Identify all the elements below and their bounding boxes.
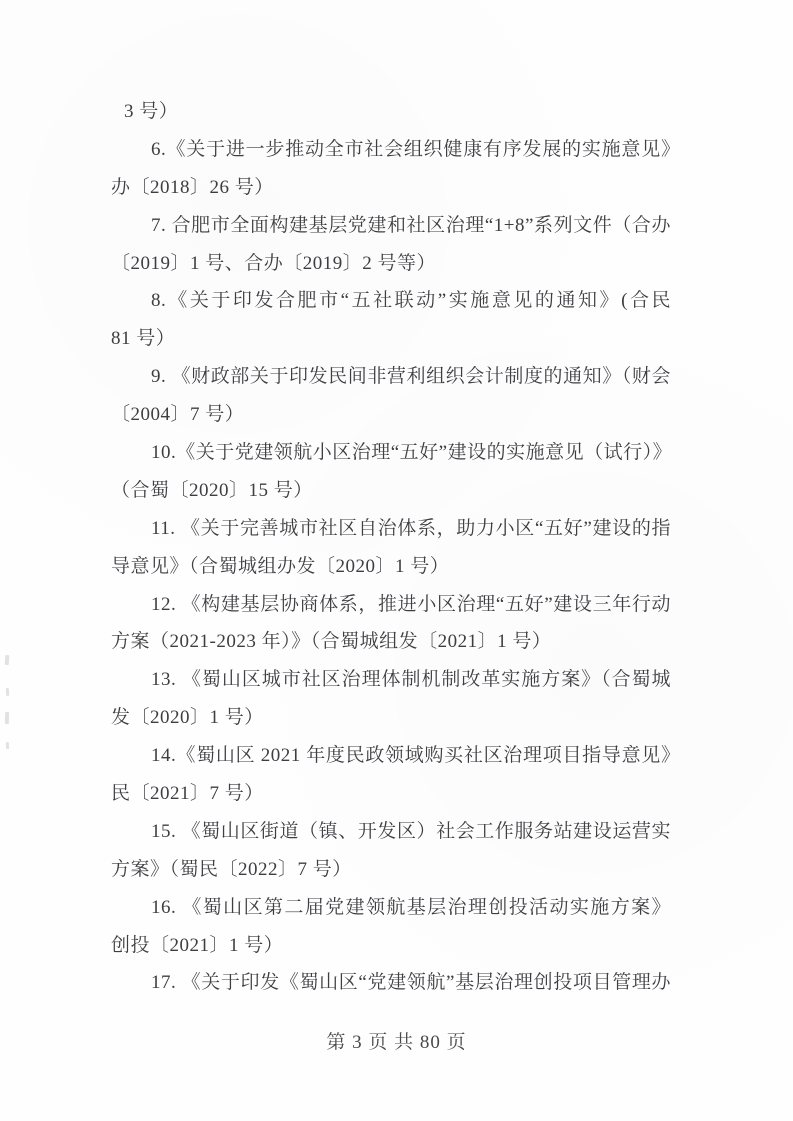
document-line: 15. 《蜀山区街道（镇、开发区）社会工作服务站建设运营实施 xyxy=(111,813,671,851)
document-body: 3 号） 6.《关于进一步推动全市社会组织健康有序发展的实施意见》(合 办〔20… xyxy=(111,93,671,1002)
scan-artifact xyxy=(6,688,9,696)
document-line: 16. 《蜀山区第二届党建领航基层治理创投活动实施方案》（蜀 xyxy=(111,889,671,927)
document-line: 6.《关于进一步推动全市社会组织健康有序发展的实施意见》(合 xyxy=(111,131,671,169)
document-line: 13. 《蜀山区城市社区治理体制机制改革实施方案》（合蜀城组 xyxy=(111,661,671,699)
document-line: 民〔2021〕7 号） xyxy=(111,775,671,813)
document-line: 8.《关于印发合肥市“五社联动”实施意见的通知》(合民〔2018〕 xyxy=(111,282,671,320)
document-line: 14.《蜀山区 2021 年度民政领域购买社区治理项目指导意见》(蜀 xyxy=(111,737,671,775)
document-line: 创投〔2021〕1 号） xyxy=(111,927,671,965)
scan-artifact xyxy=(6,742,9,749)
document-line: 方案（2021-2023 年）》（合蜀城组发〔2021〕1 号） xyxy=(111,623,671,661)
document-line: 3 号） xyxy=(111,93,671,131)
scan-artifact xyxy=(5,655,10,665)
document-line: 9. 《财政部关于印发民间非营利组织会计制度的通知》（财会 xyxy=(111,358,671,396)
document-line: 导意见》（合蜀城组办发〔2020〕1 号） xyxy=(111,548,671,586)
document-line: （合蜀〔2020〕15 号） xyxy=(111,472,671,510)
document-line: 7. 合肥市全面构建基层党建和社区治理“1+8”系列文件（合办 xyxy=(111,207,671,245)
document-line: 办〔2018〕26 号） xyxy=(111,169,671,207)
document-line: 12. 《构建基层协商体系，推进小区治理“五好”建设三年行动 xyxy=(111,586,671,624)
document-line: 10.《关于党建领航小区治理“五好”建设的实施意见（试行）》 xyxy=(111,434,671,472)
document-line: 方案》（蜀民〔2022〕7 号） xyxy=(111,851,671,889)
document-line: 81 号） xyxy=(111,320,671,358)
document-line: 发〔2020〕1 号） xyxy=(111,699,671,737)
document-line: 〔2019〕1 号、合办〔2019〕2 号等） xyxy=(111,245,671,283)
scanned-document-page: 3 号） 6.《关于进一步推动全市社会组织健康有序发展的实施意见》(合 办〔20… xyxy=(0,0,793,1121)
document-line: 11. 《关于完善城市社区自治体系，助力小区“五好”建设的指 xyxy=(111,510,671,548)
document-line: 〔2004〕7 号） xyxy=(111,396,671,434)
page-number: 第 3 页 共 80 页 xyxy=(0,1024,793,1062)
scan-artifact xyxy=(5,712,9,724)
document-line: 17. 《关于印发《蜀山区“党建领航”基层治理创投项目管理办 xyxy=(111,964,671,1002)
